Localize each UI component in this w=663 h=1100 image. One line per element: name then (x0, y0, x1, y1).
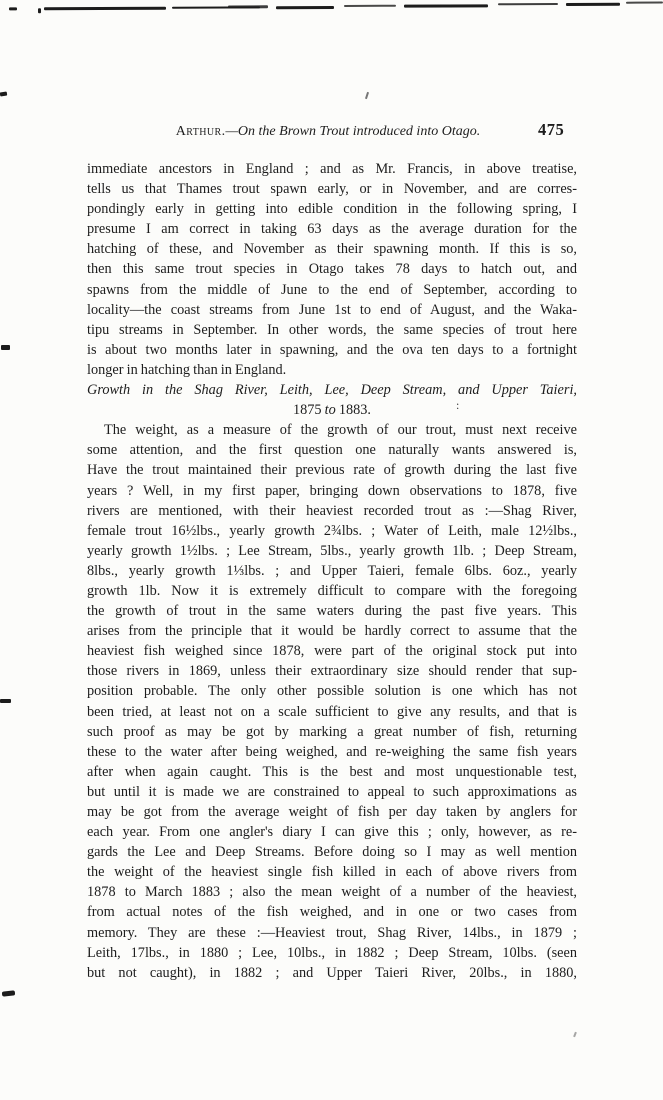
text-line: memory. They are these :—Heaviest trout,… (87, 923, 577, 943)
text-line: longer in hatching than in England. (87, 360, 577, 380)
text-line: 8lbs., yearly growth 1⅓lbs. ; and Upper … (87, 561, 577, 581)
scan-edge-segment (498, 3, 558, 5)
scan-edge-segment (344, 5, 396, 7)
scan-edge-segment (626, 2, 663, 4)
scan-artifact-top-edge (0, 0, 663, 15)
text-line: gards the Lee and Deep Streams. Before d… (87, 842, 577, 862)
header-author: Arthur. (176, 124, 226, 139)
text-line: years ? Well, in my first paper, bringin… (87, 481, 577, 501)
scan-edge-segment (44, 7, 166, 11)
text-line: those rivers in 1869, unless their extra… (87, 661, 577, 681)
text-line: hatching of these, and November as their… (87, 239, 577, 259)
text-line: but until it is made we are constrained … (87, 782, 577, 802)
text-line: spawns from the middle of June to the en… (87, 280, 577, 300)
text-line: is about two months later in spawning, a… (87, 340, 577, 360)
text-line: heaviest fish weighed since 1878, were p… (87, 641, 577, 661)
text-line: locality—the coast streams from June 1st… (87, 300, 577, 320)
text-line: may be got from the average weight of fi… (87, 802, 577, 822)
text-line: presume I am correct in taking 63 days a… (87, 219, 577, 239)
text-line: pondingly early in getting into edible c… (87, 199, 577, 219)
heading-years-start: 1875 (293, 402, 325, 418)
text-line: female trout 16½lbs., yearly growth 2¾lb… (87, 521, 577, 541)
scan-speck (365, 92, 369, 99)
section-heading-line-1: Growth in the Shag River, Leith, Lee, De… (87, 380, 577, 400)
text-line: from actual notes of the fish weighed, a… (87, 902, 577, 922)
scan-edge-segment (404, 4, 488, 7)
text-line: the growth of trout in the same waters d… (87, 601, 577, 621)
scan-edge-segment (228, 5, 268, 8)
scan-speck (38, 8, 41, 13)
scan-speck (9, 7, 17, 10)
header-article-title: —On the Brown Trout introduced into Otag… (225, 124, 480, 139)
scan-edge-segment (276, 6, 334, 9)
text-line: 1878 to March 1883 ; also the mean weigh… (87, 882, 577, 902)
paragraph-1: immediate ancestors in England ; and as … (87, 159, 577, 380)
scan-margin-mark (0, 92, 7, 97)
scanned-paper-page: : Arthur.—On the Brown Trout introduced … (0, 0, 663, 1100)
text-line: position probable. The only other possib… (87, 681, 577, 701)
text-line: some attention, and the first question o… (87, 440, 577, 460)
heading-to-word: to (325, 402, 336, 418)
scan-speck (573, 1032, 577, 1037)
text-line: immediate ancestors in England ; and as … (87, 159, 577, 179)
text-line: arises from the principle that it would … (87, 621, 577, 641)
text-line: such proof as may be got by marking a gr… (87, 722, 577, 742)
text-line: growth 1lb. Now it is extremely difficul… (87, 581, 577, 601)
heading-years-end: 1883. (336, 402, 371, 418)
text-line: but not caught), in 1882 ; and Upper Tai… (87, 963, 577, 983)
text-line: The weight, as a measure of the growth o… (87, 420, 577, 440)
text-line: Have the trout maintained their previous… (87, 460, 577, 480)
text-line: tells us that Thames trout spawn early, … (87, 179, 577, 199)
page-number: 475 (538, 120, 564, 140)
body-text: immediate ancestors in England ; and as … (87, 159, 577, 983)
text-line: after when again caught. This is the bes… (87, 762, 577, 782)
scan-margin-mark (0, 699, 11, 703)
text-line: each year. From one angler's diary I can… (87, 822, 577, 842)
text-line: these to the water after being weighed, … (87, 742, 577, 762)
text-line: the weight of the heaviest single fish k… (87, 862, 577, 882)
text-line: rivers are mentioned, with their heavies… (87, 501, 577, 521)
paragraph-2: The weight, as a measure of the growth o… (87, 420, 577, 983)
scan-margin-mark (1, 345, 10, 350)
text-line: yearly growth 1½lbs. ; Lee Stream, 5lbs.… (87, 541, 577, 561)
text-line: been tried, at least not on a scale suff… (87, 702, 577, 722)
text-line: tipu streams in September. In other word… (87, 320, 577, 340)
text-line: then this same trout species in Otago ta… (87, 259, 577, 279)
scan-margin-mark (2, 990, 15, 996)
scan-edge-segment (566, 3, 620, 6)
running-header: Arthur.—On the Brown Trout introduced in… (87, 124, 569, 140)
text-line: Leith, 17lbs., in 1880 ; Lee, 10lbs., in… (87, 943, 577, 963)
section-heading-line-2: 1875 to 1883. (87, 400, 577, 420)
